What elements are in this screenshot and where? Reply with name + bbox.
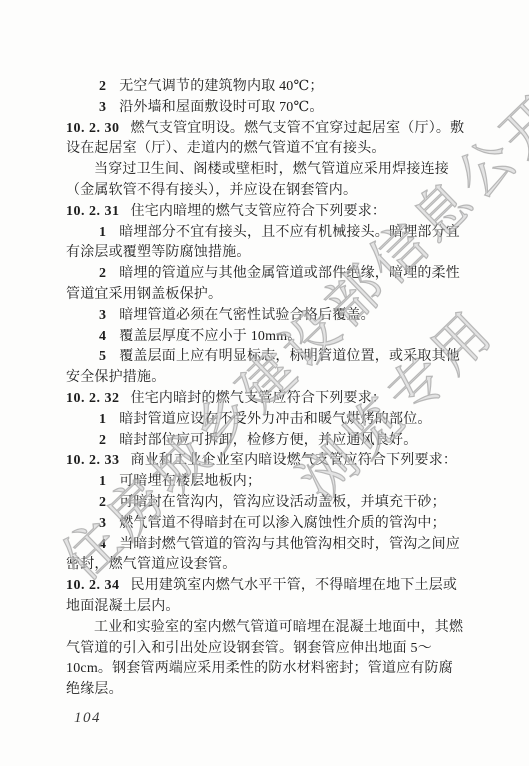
line-text: 暗埋部分不宜有接头，且不应有机械接头。暗埋部分宜 [119, 225, 460, 240]
line-text: 管道宜采用钢盖板保护。 [66, 287, 222, 302]
line-text: 密封，燃气管道应设套管。 [66, 557, 236, 572]
text-line: 10. 2. 34民用建筑室内燃气水平干管，不得暗埋在地下土层或 [66, 576, 468, 597]
text-line: 设在起居室（厅）、走道内的燃气管道不宜有接头。 [66, 139, 468, 160]
text-line: 5覆盖层面上应有明显标志，标明管道位置，或采取其他 [66, 347, 468, 368]
item-number: 1 [99, 472, 106, 493]
line-text: 设在起居室（厅）、走道内的燃气管道不宜有接头。 [66, 141, 386, 156]
line-text: 10cm。钢套管两端应采用柔性的防水材料密封；管道应有防腐 [66, 661, 453, 676]
line-text: 暗封部位应可拆卸，检修方便，并应通风良好。 [119, 433, 417, 448]
text-line: 1可暗埋在楼层地板内； [66, 472, 468, 493]
line-text: 住宅内暗埋的燃气支管应符合下列要求： [131, 204, 387, 219]
item-number: 3 [99, 98, 106, 119]
text-line: 3暗埋管道必须在气密性试验合格后覆盖。 [66, 306, 468, 327]
clause-number: 10. 2. 31 [66, 202, 120, 223]
line-text: 安全保护措施。 [66, 370, 165, 385]
clause-number: 10. 2. 33 [66, 451, 120, 472]
line-text: 当暗封燃气管道的管沟与其他管沟相交时，管沟之间应 [119, 537, 460, 552]
text-line: 10. 2. 30燃气支管宜明设。燃气支管不宜穿过起居室（厅）。敷 [66, 119, 468, 140]
text-line: （金属软管不得有接头），并应设在钢套管内。 [66, 181, 468, 202]
clause-number: 10. 2. 30 [66, 119, 120, 140]
page-number: 104 [74, 710, 101, 727]
text-line: 10cm。钢套管两端应采用柔性的防水材料密封；管道应有防腐 [66, 659, 468, 680]
text-line: 3燃气管道不得暗封在可以渗入腐蚀性介质的管沟中； [66, 514, 468, 535]
text-line: 绝缘层。 [66, 680, 468, 701]
text-line: 当穿过卫生间、阁楼或壁柜时，燃气管道应采用焊接连接 [66, 160, 468, 181]
line-text: 燃气管道不得暗封在可以渗入腐蚀性介质的管沟中； [119, 516, 446, 531]
text-line: 4覆盖层厚度不应小于 10mm。 [66, 327, 468, 348]
item-number: 1 [99, 410, 106, 431]
clause-number: 10. 2. 34 [66, 576, 120, 597]
text-line: 4当暗封燃气管道的管沟与其他管沟相交时，管沟之间应 [66, 535, 468, 556]
line-text: 可暗封在管沟内，管沟应设活动盖板，并填充干砂； [119, 495, 446, 510]
text-line: 10. 2. 33商业和工业企业室内暗设燃气支管应符合下列要求： [66, 451, 468, 472]
line-text: 暗埋的管道应与其他金属管道或部件绝缘，暗埋的柔性 [119, 266, 460, 281]
item-number: 3 [99, 306, 106, 327]
line-text: 覆盖层厚度不应小于 10mm。 [119, 329, 301, 344]
text-line: 1暗封管道应设在不受外力冲击和暖气烘烤的部位。 [66, 410, 468, 431]
text-line: 2可暗封在管沟内，管沟应设活动盖板，并填充干砂； [66, 493, 468, 514]
text-line: 管道宜采用钢盖板保护。 [66, 285, 468, 306]
text-line: 2暗埋的管道应与其他金属管道或部件绝缘，暗埋的柔性 [66, 264, 468, 285]
line-text: 工业和实验室的室内燃气管道可暗埋在混凝土地面中，其燃 [94, 620, 463, 635]
line-text: 当穿过卫生间、阁楼或壁柜时，燃气管道应采用焊接连接 [94, 162, 449, 177]
line-text: 住宅内暗封的燃气支管应符合下列要求： [131, 391, 387, 406]
item-number: 3 [99, 514, 106, 535]
text-line: 1暗埋部分不宜有接头，且不应有机械接头。暗埋部分宜 [66, 223, 468, 244]
line-text: 暗封管道应设在不受外力冲击和暖气烘烤的部位。 [119, 412, 431, 427]
line-text: 商业和工业企业室内暗设燃气支管应符合下列要求： [131, 453, 458, 468]
line-text: 气管道的引入和引出处应设钢套管。钢套管应伸出地面 5～ [66, 641, 432, 656]
text-line: 密封，燃气管道应设套管。 [66, 555, 468, 576]
text-line: 10. 2. 32住宅内暗封的燃气支管应符合下列要求： [66, 389, 468, 410]
line-text: 暗埋管道必须在气密性试验合格后覆盖。 [119, 308, 375, 323]
line-text: 绝缘层。 [66, 682, 123, 697]
text-line: 工业和实验室的室内燃气管道可暗埋在混凝土地面中，其燃 [66, 618, 468, 639]
item-number: 2 [99, 77, 106, 98]
item-number: 2 [99, 431, 106, 452]
item-number: 5 [99, 347, 106, 368]
text-line: 安全保护措施。 [66, 368, 468, 389]
line-text: 无空气调节的建筑物内取 40℃； [119, 79, 323, 94]
text-line: 有涂层或覆塑等防腐蚀措施。 [66, 243, 468, 264]
line-text: 覆盖层面上应有明显标志，标明管道位置，或采取其他 [119, 349, 460, 364]
text-line: 2暗封部位应可拆卸，检修方便，并应通风良好。 [66, 431, 468, 452]
item-number: 2 [99, 493, 106, 514]
text-line: 2无空气调节的建筑物内取 40℃； [66, 77, 468, 98]
text-line: 地面混凝土层内。 [66, 597, 468, 618]
line-text: 民用建筑室内燃气水平干管，不得暗埋在地下土层或 [131, 578, 458, 593]
line-text: 燃气支管宜明设。燃气支管不宜穿过起居室（厅）。敷 [131, 121, 465, 136]
line-text: 沿外墙和屋面敷设时可取 70℃。 [119, 100, 323, 115]
item-number: 4 [99, 327, 106, 348]
item-number: 4 [99, 535, 106, 556]
item-number: 1 [99, 223, 106, 244]
text-line: 3沿外墙和屋面敷设时可取 70℃。 [66, 98, 468, 119]
text-line: 10. 2. 31住宅内暗埋的燃气支管应符合下列要求： [66, 202, 468, 223]
line-text: 地面混凝土层内。 [66, 599, 180, 614]
document-page: 2无空气调节的建筑物内取 40℃；3沿外墙和屋面敷设时可取 70℃。10. 2.… [0, 0, 529, 766]
text-line: 气管道的引入和引出处应设钢套管。钢套管应伸出地面 5～ [66, 639, 468, 660]
line-text: 有涂层或覆塑等防腐蚀措施。 [66, 245, 251, 260]
line-text: 可暗埋在楼层地板内； [119, 474, 261, 489]
document-body: 2无空气调节的建筑物内取 40℃；3沿外墙和屋面敷设时可取 70℃。10. 2.… [66, 77, 468, 701]
line-text: （金属软管不得有接头），并应设在钢套管内。 [66, 183, 357, 198]
clause-number: 10. 2. 32 [66, 389, 120, 410]
item-number: 2 [99, 264, 106, 285]
